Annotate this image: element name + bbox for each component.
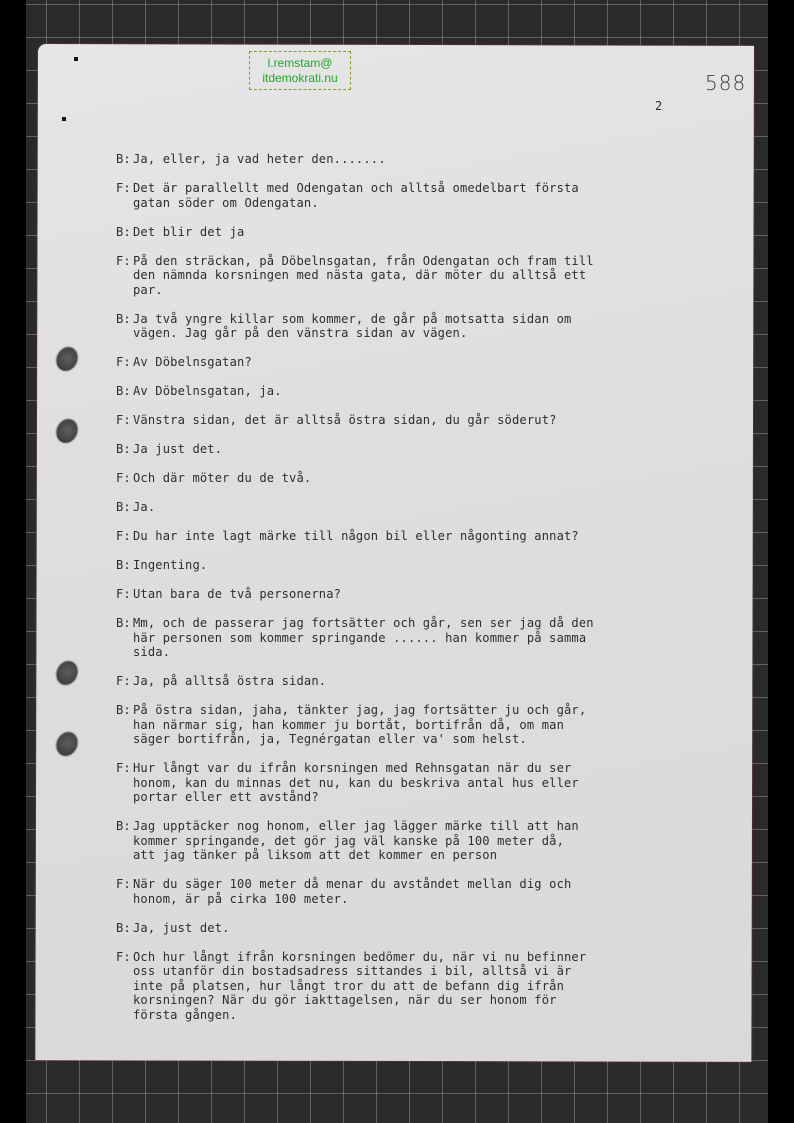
archive-number: 588 — [705, 71, 746, 95]
transcript-entry: B:Mm, och de passerar jag fortsätter och… — [116, 616, 596, 660]
transcript-entry: F:Och hur långt ifrån korsningen bedömer… — [116, 950, 596, 1023]
utterance-text: Av Döbelnsgatan? — [133, 355, 596, 370]
interrogation-transcript: B:Ja, eller, ja vad heter den.......F:De… — [116, 152, 596, 1037]
speaker-label: F: — [116, 413, 133, 428]
transcript-entry: B:Ja, eller, ja vad heter den....... — [116, 152, 596, 167]
transcript-entry: F:När du säger 100 meter då menar du avs… — [116, 877, 596, 906]
speaker-label: B: — [116, 616, 133, 660]
transcript-entry: B:Ja två yngre killar som kommer, de går… — [116, 312, 596, 341]
transcript-entry: F:Utan bara de två personerna? — [116, 587, 596, 602]
utterance-text: Ja två yngre killar som kommer, de går p… — [133, 312, 596, 341]
transcript-entry: F:Det är parallellt med Odengatan och al… — [116, 181, 596, 210]
utterance-text: Hur långt var du ifrån korsningen med Re… — [133, 761, 596, 805]
utterance-text: Ja just det. — [133, 442, 596, 457]
transcript-entry: B:Jag upptäcker nog honom, eller jag läg… — [116, 819, 596, 863]
utterance-text: Av Döbelnsgatan, ja. — [133, 384, 596, 399]
stamp-line-1: l.remstam@ — [250, 56, 350, 71]
page-number: 2 — [655, 99, 662, 113]
utterance-text: Och hur långt ifrån korsningen bedömer d… — [133, 950, 596, 1023]
speaker-label: F: — [116, 761, 133, 805]
transcript-entry: F:Av Döbelnsgatan? — [116, 355, 596, 370]
utterance-text: Ja, just det. — [133, 921, 596, 936]
speaker-label: B: — [116, 312, 133, 341]
speaker-label: B: — [116, 819, 133, 863]
staple-mark-top — [74, 57, 78, 61]
utterance-text: När du säger 100 meter då menar du avstå… — [133, 877, 596, 906]
utterance-text: Ingenting. — [133, 558, 596, 573]
transcript-entry: B:Ja just det. — [116, 442, 596, 457]
utterance-text: Ja, eller, ja vad heter den....... — [133, 152, 596, 167]
transcript-entry: F:Vänstra sidan, det är alltså östra sid… — [116, 413, 596, 428]
stamp-line-2: itdemokrati.nu — [250, 71, 350, 86]
utterance-text: Ja, på alltså östra sidan. — [133, 674, 596, 689]
utterance-text: Ja. — [133, 500, 596, 515]
transcript-entry: B:På östra sidan, jaha, tänkter jag, jag… — [116, 703, 596, 747]
contact-stamp: l.remstam@ itdemokrati.nu — [249, 51, 351, 90]
speaker-label: B: — [116, 703, 133, 747]
speaker-label: B: — [116, 442, 133, 457]
transcript-entry: F:Ja, på alltså östra sidan. — [116, 674, 596, 689]
speaker-label: F: — [116, 674, 133, 689]
speaker-label: B: — [116, 225, 133, 240]
speaker-label: F: — [116, 950, 133, 1023]
utterance-text: På östra sidan, jaha, tänkter jag, jag f… — [133, 703, 596, 747]
transcript-entry: F:På den sträckan, på Döbelnsgatan, från… — [116, 254, 596, 298]
transcript-entry: B:Ja, just det. — [116, 921, 596, 936]
utterance-text: Vänstra sidan, det är alltså östra sidan… — [133, 413, 596, 428]
transcript-entry: B:Ja. — [116, 500, 596, 515]
speaker-label: B: — [116, 384, 133, 399]
utterance-text: Mm, och de passerar jag fortsätter och g… — [133, 616, 596, 660]
utterance-text: Och där möter du de två. — [133, 471, 596, 486]
transcript-entry: B:Ingenting. — [116, 558, 596, 573]
speaker-label: F: — [116, 471, 133, 486]
transcript-entry: B:Det blir det ja — [116, 225, 596, 240]
transcript-entry: F:Och där möter du de två. — [116, 471, 596, 486]
speaker-label: B: — [116, 558, 133, 573]
speaker-label: F: — [116, 529, 133, 544]
transcript-entry: F:Hur långt var du ifrån korsningen med … — [116, 761, 596, 805]
speaker-label: F: — [116, 355, 133, 370]
utterance-text: Du har inte lagt märke till någon bil el… — [133, 529, 596, 544]
transcript-entry: B:Av Döbelnsgatan, ja. — [116, 384, 596, 399]
speaker-label: B: — [116, 500, 133, 515]
speaker-label: B: — [116, 152, 133, 167]
utterance-text: Utan bara de två personerna? — [133, 587, 596, 602]
speaker-label: F: — [116, 587, 133, 602]
utterance-text: Jag upptäcker nog honom, eller jag lägge… — [133, 819, 596, 863]
speaker-label: F: — [116, 877, 133, 906]
speaker-label: F: — [116, 254, 133, 298]
transcript-entry: F:Du har inte lagt märke till någon bil … — [116, 529, 596, 544]
utterance-text: Det blir det ja — [133, 225, 596, 240]
utterance-text: Det är parallellt med Odengatan och allt… — [133, 181, 596, 210]
staple-mark-bottom — [62, 117, 66, 121]
speaker-label: F: — [116, 181, 133, 210]
utterance-text: På den sträckan, på Döbelnsgatan, från O… — [133, 254, 596, 298]
speaker-label: B: — [116, 921, 133, 936]
